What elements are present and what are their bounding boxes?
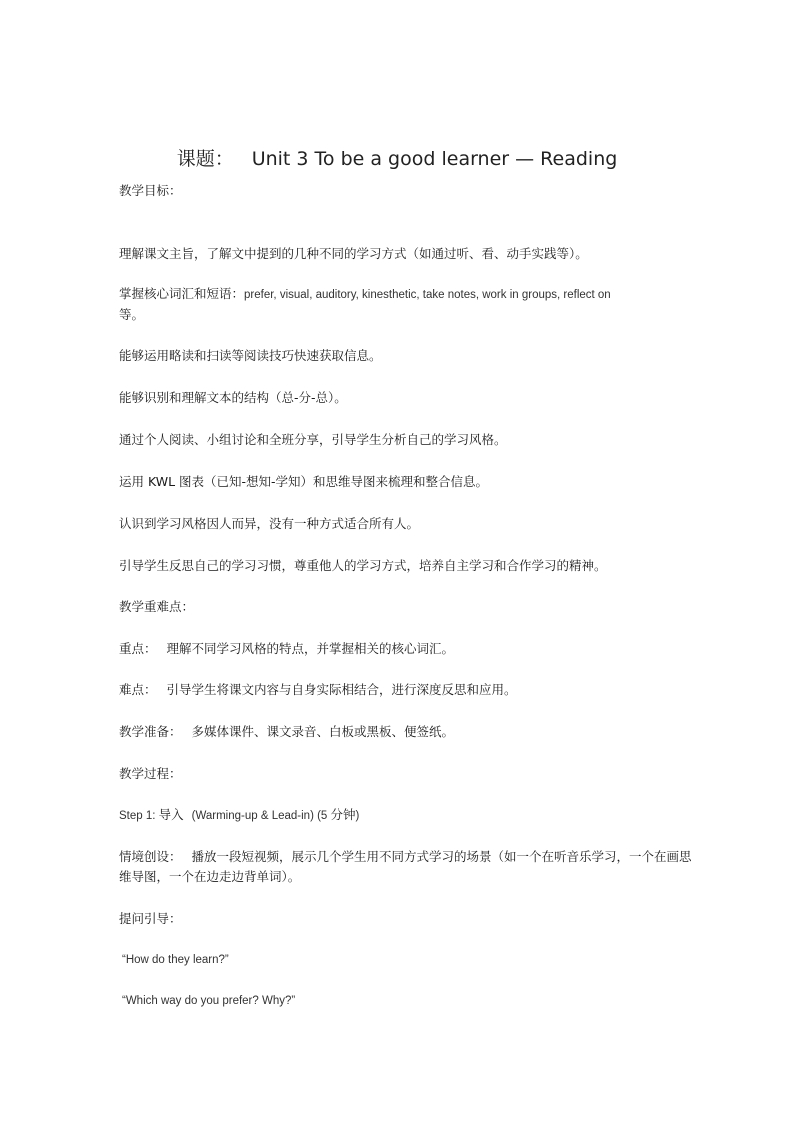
objectives-heading: 教学目标：: [119, 181, 679, 201]
step1-heading: Step 1: 导入 (Warming-up & Lead-in) (5 分钟): [119, 805, 679, 826]
vocab-label: 掌握核心词汇和短语：: [119, 286, 244, 301]
objective-item: 能够运用略读和扫读等阅读技巧快速获取信息。: [119, 346, 679, 366]
difficult-point-text: 引导学生将课文内容与自身实际相结合，进行深度反思和应用。: [167, 682, 517, 697]
title-label: 课题：: [177, 148, 234, 170]
question-item: “How do they learn?”: [122, 950, 682, 970]
questions-heading: 提问引导：: [119, 909, 679, 929]
lesson-title: 课题：Unit 3 To be a good learner — Reading: [0, 146, 794, 172]
objective-item: 引导学生反思自己的学习习惯，尊重他人的学习方式，培养自主学习和合作学习的精神。: [119, 556, 679, 576]
key-point-text: 理解不同学习风格的特点，并掌握相关的核心词汇。: [167, 641, 455, 656]
objective-item-vocab: 掌握核心词汇和短语：prefer, visual, auditory, kine…: [119, 284, 679, 325]
vocab-list: prefer, visual, auditory, kinesthetic, t…: [244, 289, 611, 301]
key-difficult-heading: 教学重难点：: [119, 597, 679, 617]
key-point: 重点：理解不同学习风格的特点，并掌握相关的核心词汇。: [119, 639, 679, 659]
preparation: 教学准备：多媒体课件、课文录音、白板或黑板、便签纸。: [119, 722, 679, 742]
difficult-point-label: 难点：: [119, 682, 157, 697]
step1-close: ): [356, 810, 360, 822]
scenario-text: 播放一段短视频，展示几个学生用不同方式学习的场景（如一个在听音乐学习，一个在画思…: [119, 849, 692, 884]
step1-unit: 分钟: [331, 807, 356, 822]
process-heading: 教学过程：: [119, 764, 679, 784]
preparation-label: 教学准备：: [119, 724, 182, 739]
question-item: “Which way do you prefer? Why?”: [122, 991, 682, 1011]
step1-cn: 导入: [159, 807, 184, 822]
key-point-label: 重点：: [119, 641, 157, 656]
objective-item: 认识到学习风格因人而异，没有一种方式适合所有人。: [119, 514, 679, 534]
objective-item: 通过个人阅读、小组讨论和全班分享，引导学生分析自己的学习风格。: [119, 430, 679, 450]
step1-prefix: Step 1:: [119, 810, 159, 822]
title-text: Unit 3 To be a good learner — Reading: [252, 148, 618, 170]
vocab-suffix: 等。: [119, 307, 144, 322]
difficult-point: 难点：引导学生将课文内容与自身实际相结合，进行深度反思和应用。: [119, 680, 679, 700]
objective-item: 能够识别和理解文本的结构（总-分-总）。: [119, 388, 679, 408]
objective-item: 运用 KWL 图表（已知-想知-学知）和思维导图来梳理和整合信息。: [119, 472, 679, 492]
scenario: 情境创设：播放一段短视频，展示几个学生用不同方式学习的场景（如一个在听音乐学习，…: [119, 847, 699, 887]
scenario-label: 情境创设：: [119, 849, 182, 864]
document-page: 课题：Unit 3 To be a good learner — Reading…: [0, 0, 794, 1123]
preparation-text: 多媒体课件、课文录音、白板或黑板、便签纸。: [192, 724, 455, 739]
objective-item: 理解课文主旨，了解文中提到的几种不同的学习方式（如通过听、看、动手实践等）。: [119, 244, 679, 264]
step1-en: (Warming-up & Lead-in) (5: [192, 810, 331, 822]
